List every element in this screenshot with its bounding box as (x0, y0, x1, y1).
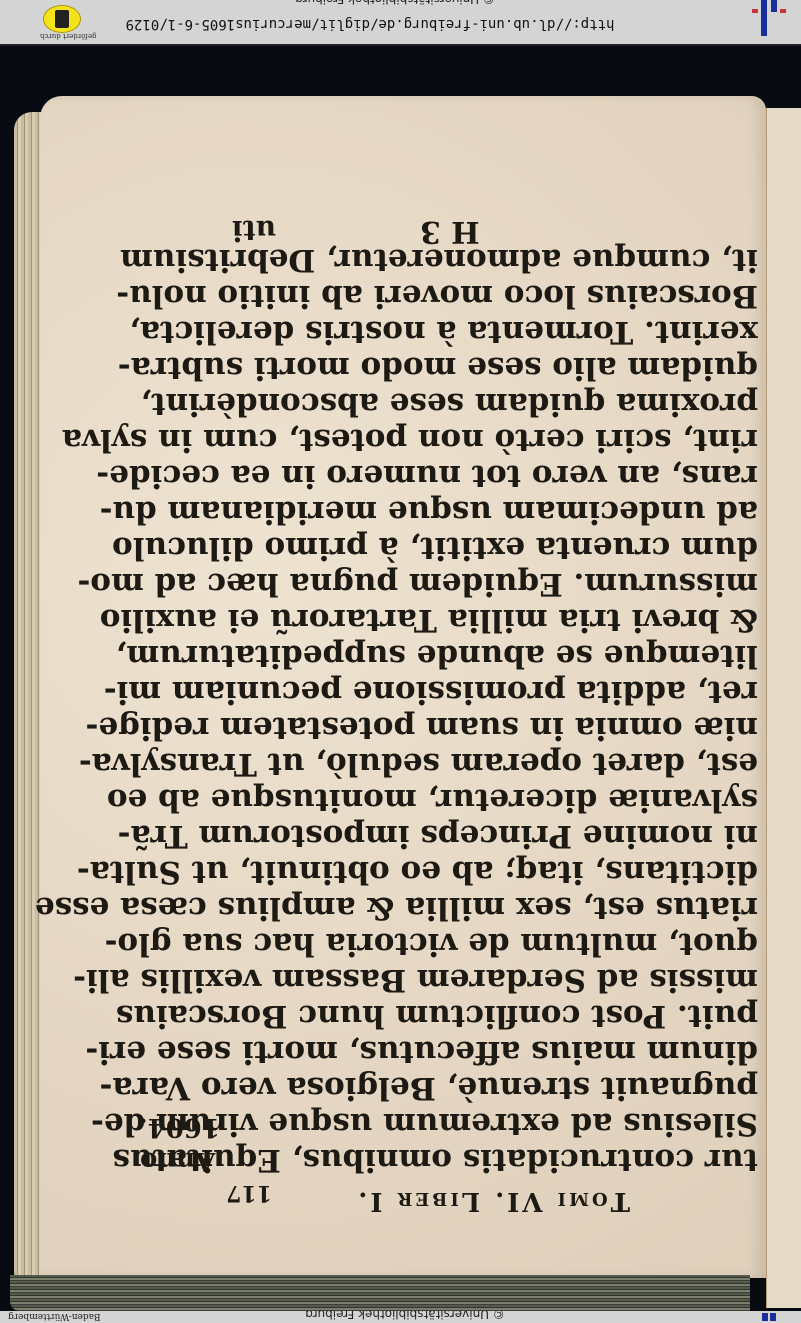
text-line: Borscaius loco moveri ab initio nolu- (210, 276, 758, 314)
catchword: uti (232, 214, 276, 247)
text-line: puit. Post conflictum hunc Borscaius (210, 996, 758, 1034)
copyright-text: © Universitätsbibliothek Freiburg (245, 0, 545, 6)
text-line: dum cruenta extitit, à primo diluculo (210, 528, 758, 566)
text-line: pugnauit strenuè, Belgiosa vero Vara- (210, 1068, 758, 1106)
text-line: riatus est, sex millia & amplius cæsa es… (210, 888, 758, 926)
viewer-banner: © Universitätsbibliothek Freiburg http:/… (0, 0, 801, 46)
text-line: niæ omnia in suam potestatem redige- (210, 708, 758, 746)
text-line: quot, multum de victoria hac sua glo- (210, 924, 758, 962)
copyright-text-footer: © Universitätsbibliothek Freiburg (255, 1311, 555, 1321)
text-line: rans, an vero tot numero in ea cecide- (210, 456, 758, 494)
page-edges-bottom (10, 1275, 750, 1311)
viewer-footer: Baden-Württemberg © Universitätsbiblioth… (0, 1311, 801, 1323)
text-line: proxima quidam sese abscondèrint, (210, 384, 758, 422)
text-line: dinum maius affecutus, morti sese eri- (210, 1032, 758, 1070)
permalink-url[interactable]: http://dl.ub.uni-freiburg.de/diglit/merc… (120, 14, 620, 32)
funder-name: Baden-Württemberg (8, 1311, 101, 1321)
text-line: dictitans, itaq; ab eo obtinuit, ut Sult… (210, 852, 758, 890)
text-line: & brevi tria millia Tartarorũ ei auxilio (210, 600, 758, 638)
ub-freiburg-logo-icon (750, 0, 790, 38)
text-line: rint, sciri certò non potest, cum in syl… (210, 420, 758, 458)
funding-label: gefördert durch (40, 32, 97, 40)
page-number: 117 (226, 1180, 272, 1206)
signature-mark: H 3 (420, 214, 480, 249)
text-line: ad undecimam usque meridianam du- (210, 492, 758, 530)
text-line: litemque se abunde suppeditaturum, (210, 636, 758, 674)
text-line: sylvaniæ diceretur, monitusque ab eo (210, 780, 758, 818)
text-line: est, daret operam sedulò, ut Transylva- (210, 744, 758, 782)
text-line: tur contrucidatis omnibus, Equitatus (210, 1140, 758, 1178)
text-line: xerint. Tormenta à nostris derelicta, (210, 312, 758, 350)
text-line: ni nomine Princeps impostorum Trã- (210, 816, 758, 854)
facing-page-edge (766, 108, 801, 1308)
text-line: missurum. Equidem pugna hæc ad mo- (210, 564, 758, 602)
text-line: ret, addita promissione pecuniam mi- (210, 672, 758, 710)
text-line: missis ad Serdarem Bassam vexillis ali- (210, 960, 758, 998)
text-line: Silesius ad extremum usque virum de- (210, 1104, 758, 1142)
running-head: Tomi VI. Liber I. (330, 1180, 630, 1216)
text-line: quidam alio sese modo morti subtra- (210, 348, 758, 386)
text-line: it, cumque admoneretur, Debritsium (210, 240, 758, 278)
baden-wuerttemberg-crest-icon (43, 5, 81, 33)
ub-freiburg-mini-logo-icon (762, 1313, 778, 1321)
